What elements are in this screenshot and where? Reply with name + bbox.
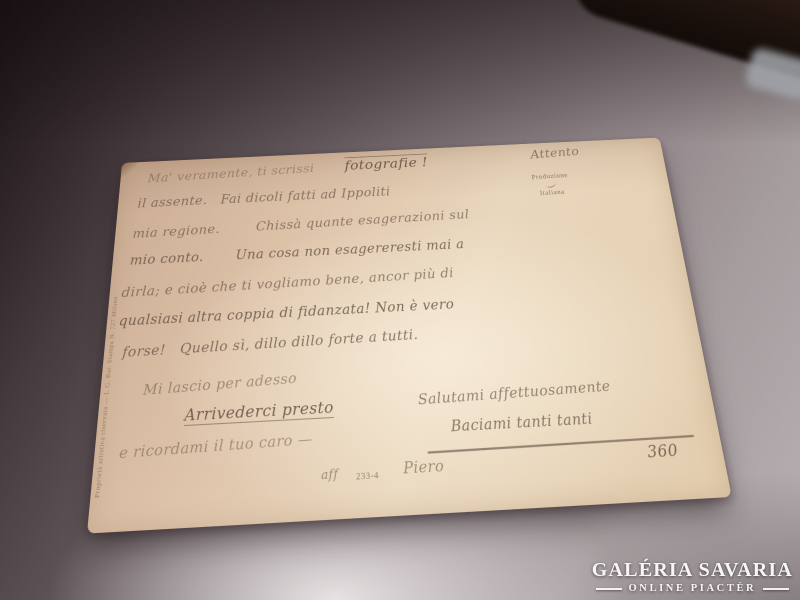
handwriting-word-fotografie: fotografie ! [344, 156, 428, 173]
handwriting-arrivederci: Arrivederci presto [184, 401, 334, 425]
watermark-rule-right [763, 588, 789, 590]
handwriting-aff: aff [321, 468, 338, 482]
watermark-title: GALÉRIA SAVARIA [592, 559, 793, 582]
handwriting-line: mio conto. Una cosa non esagereresti mai… [129, 239, 465, 268]
handwriting-line: il assente. Fai dicoli fatti ad Ippoliti [137, 187, 391, 211]
produzione-italiana-stamp: Produzione Italiana [503, 169, 599, 199]
marketplace-watermark: GALÉRIA SAVARIA ONLINE PIACTÉR [592, 559, 793, 594]
handwriting-line: Ma' veramente, ti scrissi [148, 164, 315, 186]
handwriting-line: dirla; e cioè che ti vogliamo bene, anco… [121, 267, 454, 300]
handwriting-line: forse! Quello sì, dillo dillo forte a tu… [121, 329, 418, 361]
printed-serial-number: 233-4 [356, 470, 379, 482]
watermark-subtitle-row: ONLINE PIACTÉR [592, 583, 793, 594]
handwriting-line: e ricordami il tuo caro — [119, 433, 313, 462]
watermark-rule-left [596, 588, 622, 590]
postcard-corner-fold [120, 161, 137, 176]
handwritten-number-360: 360 [646, 443, 679, 461]
handwriting-baciami: Baciami tanti tanti [450, 413, 593, 435]
handwriting-line: qualsiasi altra coppia di fidanzata! Non… [118, 298, 454, 328]
postcard-photo: Ma' veramente, ti scrissi fotografie ! A… [0, 0, 800, 600]
handwriting-word-attento: Attento [530, 147, 581, 162]
handwriting-signature: Piero [403, 459, 445, 477]
handwriting-line: mia regione. Chissà quante esagerazioni … [132, 209, 470, 241]
handwriting-salutami: Salutami affettuosamente [418, 380, 612, 408]
postcard: Ma' veramente, ti scrissi fotografie ! A… [87, 138, 732, 534]
watermark-subtitle: ONLINE PIACTÉR [629, 583, 757, 594]
stamp-line-2: Italiana [505, 185, 599, 199]
handwriting-line: Mi lascio per adesso [143, 372, 297, 398]
